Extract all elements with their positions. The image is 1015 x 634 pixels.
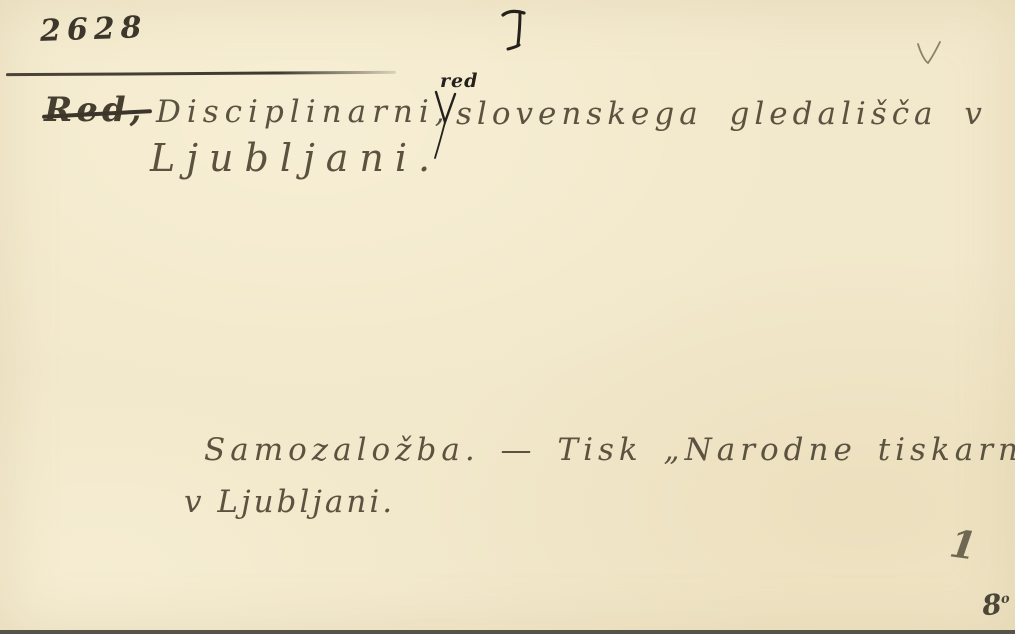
catalog-card: 2628 Red, Disciplinarni, red slovenskega…: [0, 0, 1015, 634]
title-line2: Ljubljani.: [150, 136, 441, 180]
catalog-number: 2628: [39, 10, 148, 49]
inserted-word: red: [440, 70, 478, 92]
header-rule: [6, 71, 396, 76]
page-number-annotation: 1: [947, 520, 979, 568]
scan-bottom-edge: [0, 630, 1015, 634]
imprint-line2: v Ljubljani.: [184, 484, 395, 520]
title-continuation: slovenskega gledališča v: [456, 96, 987, 132]
format-mark-superscript: o: [1000, 591, 1010, 607]
title-word-disciplinarni: Disciplinarni,: [156, 94, 451, 130]
check-mark-icon: [914, 40, 944, 68]
pen-stroke-mark-icon: [500, 6, 528, 52]
imprint-line1: Samozaložba. — Tisk „Narodne tiskarne“: [204, 432, 1015, 468]
format-mark-annotation: 8o: [980, 587, 1011, 623]
